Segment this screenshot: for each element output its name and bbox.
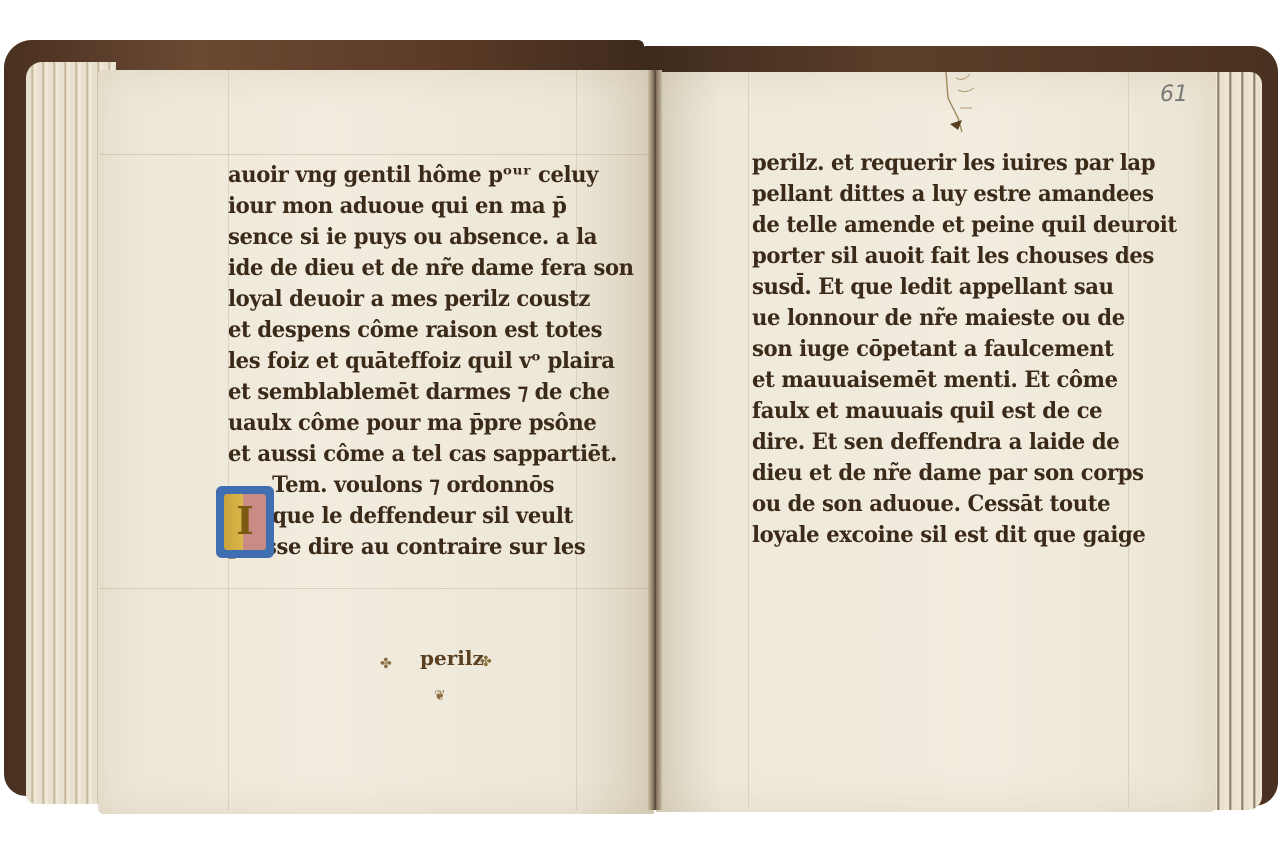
text-line: et aussi côme a tel cas sappartiēt. [228,439,583,470]
text-line: et mauuaisemēt menti. Et côme [752,365,1117,396]
text-line: puisse dire au contraire sur les [228,532,583,563]
left-page-text: auoir vng gentil hôme pᵒᵘʳ celuy iour mo… [228,160,598,563]
folio-number: 61 [1160,82,1188,107]
catchword: perilz [420,646,484,670]
text-line: son iuge cōpetant a faulcement [752,334,1117,365]
catchword-ornament-icon: ✤ [480,654,492,670]
book-gutter [648,70,662,810]
text-line: et despens côme raison est totes [228,315,583,346]
text-line: susd̄. Et que ledit appellant sau [752,272,1117,303]
text-line: uaulx côme pour ma p̄pre psône [228,408,583,439]
text-line: Tem. voulons ⁊ ordonnōs [228,470,583,501]
text-line: dire. Et sen deffendra a laide de [752,427,1117,458]
text-line: ue lonnour de nr̃e maieste ou de [752,303,1117,334]
text-line: sence si ie puys ou absence. a la [228,222,583,253]
ruling-line [100,588,650,589]
text-line: et semblablemēt darmes ⁊ de che [228,377,583,408]
marginal-drawing-icon [936,68,986,136]
initial-letter: I [224,498,266,543]
text-line: faulx et mauuais quil est de ce [752,396,1117,427]
text-line: loyale excoine sil est dit que gaige [752,520,1117,551]
right-page-text: perilz. et requerir les iuires par lap p… [752,148,1132,551]
text-line: dieu et de nr̃e dame par son corps [752,458,1117,489]
text-line: que le deffendeur sil veult [228,501,583,532]
illuminated-initial: I [216,486,274,558]
catchword-flourish-icon: ❦ [434,688,446,704]
text-line: perilz. et requerir les iuires par lap [752,148,1117,179]
text-line: porter sil auoit fait les chouses des [752,241,1117,272]
text-line: ou de son aduoue. Cessāt toute [752,489,1117,520]
text-line: les foiz et quāteffoiz quil vᵒ plaira [228,346,583,377]
catchword-ornament-icon: ✤ [380,656,392,672]
ruling-line [748,72,749,808]
initial-gold-ground: I [224,494,266,550]
text-line: pellant dittes a luy estre amandees [752,179,1117,210]
ruling-line [100,154,650,155]
text-line: loyal deuoir a mes perilz coustz [228,284,583,315]
open-manuscript-book: auoir vng gentil hôme pᵒᵘʳ celuy iour mo… [0,0,1280,860]
text-line: de telle amende et peine quil deuroit [752,210,1117,241]
text-line: auoir vng gentil hôme pᵒᵘʳ celuy [228,160,583,191]
text-line: iour mon aduoue qui en ma p̄ [228,191,583,222]
text-line: ide de dieu et de nr̃e dame fera son [228,253,583,284]
